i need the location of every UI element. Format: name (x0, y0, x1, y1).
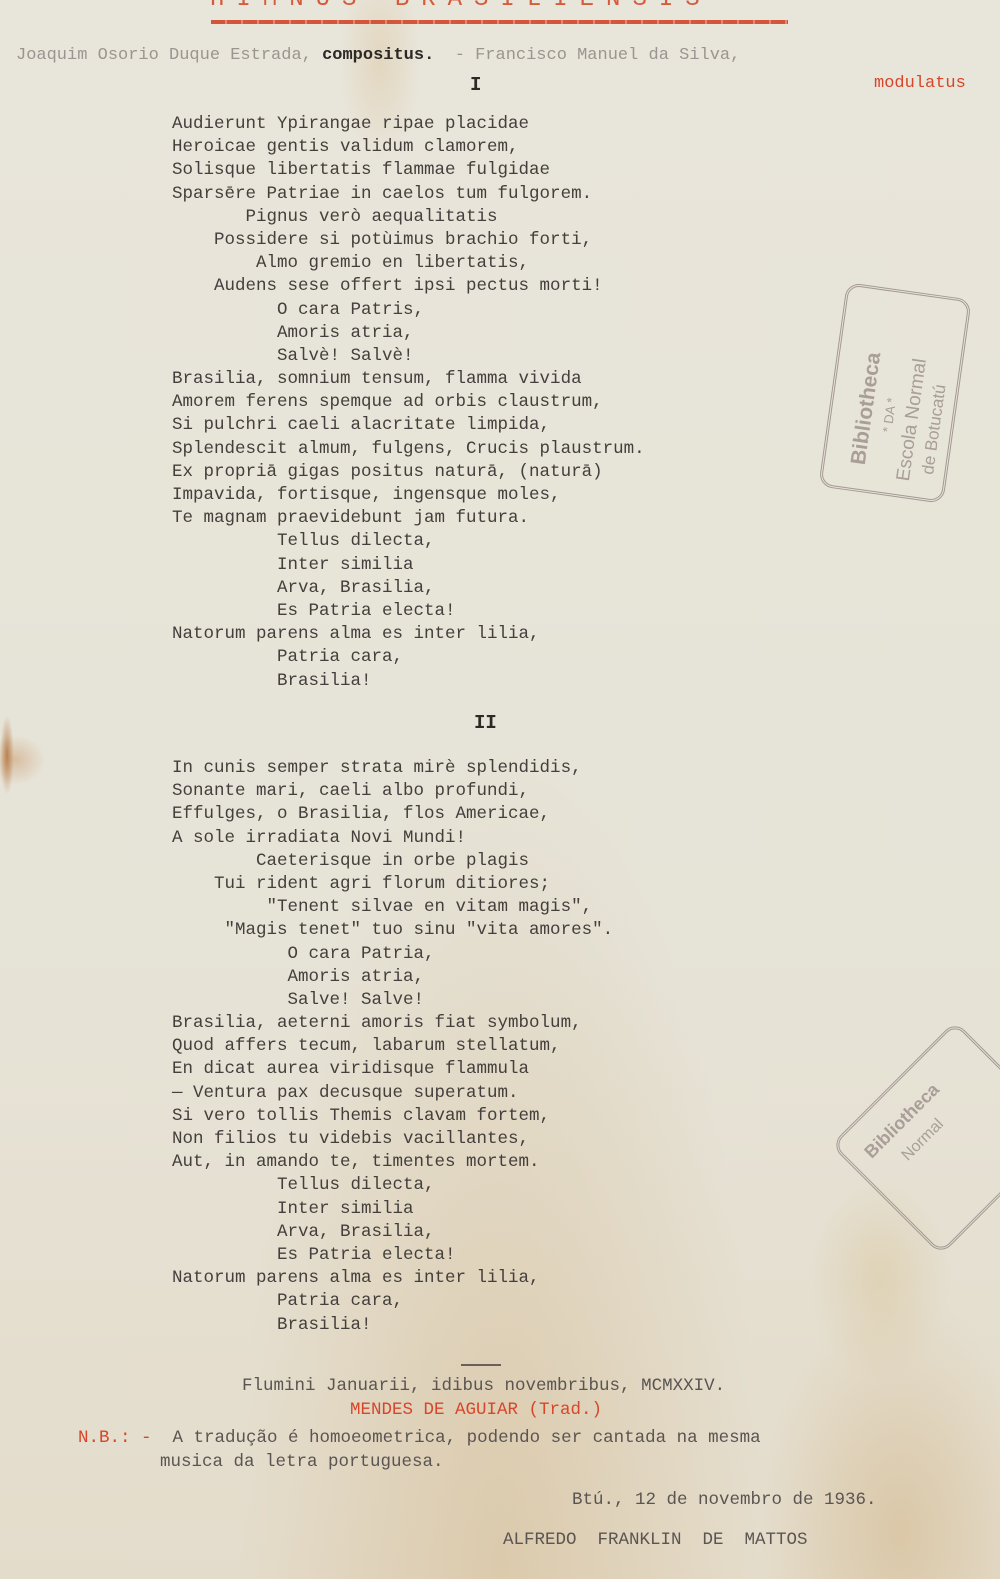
stamp-text: Bibliotheca (847, 351, 887, 466)
nb-label: N.B.: - (78, 1428, 152, 1448)
section-1-verse: Audierunt Ypirangae ripae placidae Heroi… (172, 113, 645, 693)
verse-line: A sole irradiata Novi Mundi! (172, 827, 613, 850)
verse-line: Brasilia! (172, 1314, 613, 1337)
verse-line: Patria cara, (172, 1290, 613, 1313)
verse-line: Natorum parens alma es inter lilia, (172, 623, 645, 646)
margin-stain (0, 715, 14, 795)
verse-line: Non filios tu videbis vacillantes, (172, 1128, 613, 1151)
verse-line: Tellus dilecta, (172, 530, 645, 553)
verse-line: Brasilia! (172, 670, 645, 693)
verse-line: Arva, Brasilia, (172, 1221, 613, 1244)
composer-role: modulatus (874, 74, 966, 93)
verse-line: Si pulchri caeli alacritate limpida, (172, 414, 645, 437)
verse-line: Aut, in amando te, timentes mortem. (172, 1151, 613, 1174)
section-number-1: I (470, 74, 481, 96)
credits-separator: - (455, 46, 465, 65)
verse-line: Es Patria electa! (172, 1244, 613, 1267)
verse-line: Inter similia (172, 554, 645, 577)
verse-line: Tellus dilecta, (172, 1174, 613, 1197)
verse-line: Solisque libertatis flammae fulgidae (172, 159, 645, 182)
verse-line: O cara Patris, (172, 299, 645, 322)
verse-line: "Tenent silvae en vitam magis", (172, 896, 613, 919)
author-name: Joaquim Osorio Duque Estrada, (16, 46, 312, 65)
verse-line: Possidere si potùimus brachio forti, (172, 229, 645, 252)
verse-line: Effulges, o Brasilia, flos Americae, (172, 803, 613, 826)
translator-credit: MENDES DE AGUIAR (Trad.) (350, 1400, 602, 1420)
section-2-verse: In cunis semper strata mirè splendidis, … (172, 757, 613, 1337)
verse-line: En dicat aurea viridisque flammula (172, 1058, 613, 1081)
nota-bene: N.B.: - A tradução é homoeometrica, pode… (78, 1428, 761, 1448)
author-role: compositus. (322, 46, 434, 65)
verse-line: In cunis semper strata mirè splendidis, (172, 757, 613, 780)
verse-line: — Ventura pax decusque superatum. (172, 1082, 613, 1105)
verse-line: Caeterisque in orbe plagis (172, 850, 613, 873)
title-underline (211, 20, 788, 24)
nb-text-continued: musica da letra portuguesa. (160, 1452, 444, 1472)
verse-line: Quod affers tecum, labarum stellatum, (172, 1035, 613, 1058)
verse-line: Amorem ferens spemque ad orbis claustrum… (172, 391, 645, 414)
verse-line: Tui rident agri florum ditiores; (172, 873, 613, 896)
composer-name: Francisco Manuel da Silva, (475, 46, 740, 65)
verse-line: Es Patria electa! (172, 600, 645, 623)
verse-line: Impavida, fortisque, ingensque moles, (172, 484, 645, 507)
verse-line: "Magis tenet" tuo sinu "vita amores". (172, 919, 613, 942)
library-stamp: Bibliotheca * DA * Escola Normal de Botu… (818, 282, 971, 504)
verse-line: Natorum parens alma es inter lilia, (172, 1267, 613, 1290)
section-number-2: II (474, 712, 497, 734)
verse-line: Audierunt Ypirangae ripae placidae (172, 113, 645, 136)
verse-line: Te magnam praevidebunt jam futura. (172, 507, 645, 530)
verse-line: Splendescit almum, fulgens, Crucis plaus… (172, 438, 645, 461)
verse-line: Pignus verò aequalitatis (172, 206, 645, 229)
credits-line: Joaquim Osorio Duque Estrada, compositus… (16, 46, 740, 65)
verse-line: Sonante mari, caeli albo profundi, (172, 780, 613, 803)
footer-divider (461, 1364, 501, 1366)
library-stamp: Bibliotheca Normal (831, 1021, 1000, 1256)
verse-line: Arva, Brasilia, (172, 577, 645, 600)
verse-line: Amoris atria, (172, 322, 645, 345)
verse-line: Si vero tollis Themis clavam fortem, (172, 1105, 613, 1128)
signature: ALFREDO FRANKLIN DE MATTOS (503, 1530, 808, 1550)
verse-line: Brasilia, somnium tensum, flamma vivida (172, 368, 645, 391)
verse-line: Amoris atria, (172, 966, 613, 989)
verse-line: Salvè! Salvè! (172, 345, 645, 368)
verse-line: Inter similia (172, 1198, 613, 1221)
dateline: Flumini Januarii, idibus novembribus, MC… (242, 1376, 725, 1396)
stamp-text: * DA * (880, 397, 900, 433)
verse-line: Ex propriā gigas positus naturā, (naturā… (172, 461, 645, 484)
verse-line: Salve! Salve! (172, 989, 613, 1012)
verse-line: Patria cara, (172, 646, 645, 669)
verse-line: Audens sese offert ipsi pectus morti! (172, 275, 645, 298)
verse-line: Brasilia, aeterni amoris fiat symbolum, (172, 1012, 613, 1035)
verse-line: O cara Patria, (172, 943, 613, 966)
place-date: Btú., 12 de novembro de 1936. (572, 1490, 877, 1510)
verse-line: Sparsēre Patriae in caelos tum fulgorem. (172, 183, 645, 206)
document-title: HIMNUS BRASILIENSIS (210, 0, 712, 13)
verse-line: Almo gremio en libertatis, (172, 252, 645, 275)
nb-text: A tradução é homoeometrica, podendo ser … (173, 1428, 761, 1448)
verse-line: Heroicae gentis validum clamorem, (172, 136, 645, 159)
